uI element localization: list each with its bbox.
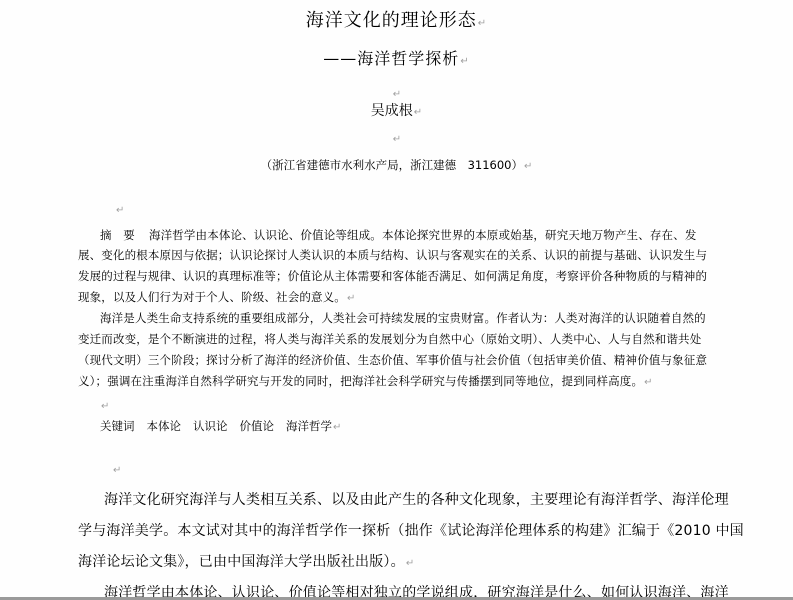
keyword: 价值论 bbox=[240, 419, 275, 433]
empty-paragraph: ↵ bbox=[100, 394, 109, 413]
document-title: 海洋文化的理论形态↵ bbox=[0, 6, 793, 32]
abstract-line: 发展的过程与规律、认识的真理标准等；价值论从主体需要和客体能否满足、如何满足角度… bbox=[78, 268, 707, 284]
paragraph-mark-icon: ↵ bbox=[393, 134, 401, 145]
body-line: 海洋论坛论文集》，已由中国海洋大学出版社出版）。↵ bbox=[78, 551, 414, 571]
paragraph-mark-icon: ↵ bbox=[333, 422, 341, 433]
paragraph-mark-icon: ↵ bbox=[347, 293, 356, 304]
keyword: 本体论 bbox=[147, 419, 182, 433]
abstract-line: 摘 要海洋哲学由本体论、认识论、价值论等组成。本体论探究世界的本原或始基，研究天… bbox=[100, 227, 697, 243]
body-line: 海洋哲学由本体论、认识论、价值论等相对独立的学说组成，研究海洋是什么、如何认识海… bbox=[104, 582, 729, 597]
body-line: 学与海洋美学。本文试对其中的海洋哲学作一探析（拙作《试论海洋伦理体系的构建》汇编… bbox=[78, 520, 744, 540]
paragraph-mark-icon: ↵ bbox=[113, 465, 121, 476]
paragraph-mark-icon: ↵ bbox=[116, 205, 124, 216]
abstract-label: 摘 要 bbox=[100, 228, 135, 242]
paragraph-mark-icon: ↵ bbox=[460, 56, 469, 67]
paragraph-mark-icon: ↵ bbox=[414, 107, 422, 118]
document-page[interactable]: 海洋文化的理论形态↵ ——海洋哲学探析↵ ↵ 吴成根↵ ↵ （浙江省建德市水利水… bbox=[0, 0, 793, 597]
author-affiliation: （浙江省建德市水利水产局，浙江建德 311600）↵ bbox=[0, 157, 793, 173]
abstract-line: 义）；强调在注重海洋自然科学研究与开发的同时，把海洋社会科学研究与传播摆到同等地… bbox=[78, 373, 653, 389]
paragraph-mark-icon: ↵ bbox=[478, 18, 487, 29]
paragraph-mark-icon: ↵ bbox=[644, 377, 653, 388]
paragraph-mark-icon: ↵ bbox=[393, 89, 401, 100]
keywords-label: 关键词 bbox=[100, 419, 135, 433]
paragraph-mark-icon: ↵ bbox=[524, 161, 532, 172]
abstract-line: 变迁而改变，是个不断演进的过程，将人类与海洋关系的发展划分为自然中心（原始文明）… bbox=[78, 331, 701, 347]
paragraph-mark-icon: ↵ bbox=[101, 401, 109, 412]
abstract-line: 海洋是人类生命支持系统的重要组成部分，人类社会可持续发展的宝贵财富。作者认为：人… bbox=[100, 310, 706, 326]
empty-paragraph: ↵ bbox=[0, 127, 793, 146]
document-subtitle: ——海洋哲学探析↵ bbox=[0, 46, 793, 69]
empty-paragraph: ↵ bbox=[0, 82, 793, 101]
abstract-line: 现象，以及人们行为对于个人、阶级、社会的意义。↵ bbox=[78, 289, 355, 305]
empty-paragraph: ↵ bbox=[115, 198, 124, 217]
body-line: 海洋文化研究海洋与人类相互关系、以及由此产生的各种文化现象，主要理论有海洋哲学、… bbox=[104, 489, 729, 509]
abstract-line: 展、变化的根本原因与依据；认识论探讨人类认识的本质与结构、认识与客观实在的关系、… bbox=[78, 247, 707, 263]
keywords-line: 关键词本体论认识论价值论海洋哲学↵ bbox=[100, 418, 341, 434]
abstract-line: （现代文明）三个阶段；探讨分析了海洋的经济价值、生态价值、军事价值与社会价值（包… bbox=[78, 352, 707, 368]
keyword: 海洋哲学 bbox=[286, 419, 332, 433]
author-name: 吴成根↵ bbox=[0, 100, 793, 120]
keyword: 认识论 bbox=[193, 419, 228, 433]
paragraph-mark-icon: ↵ bbox=[406, 558, 415, 569]
empty-paragraph: ↵ bbox=[112, 458, 121, 477]
